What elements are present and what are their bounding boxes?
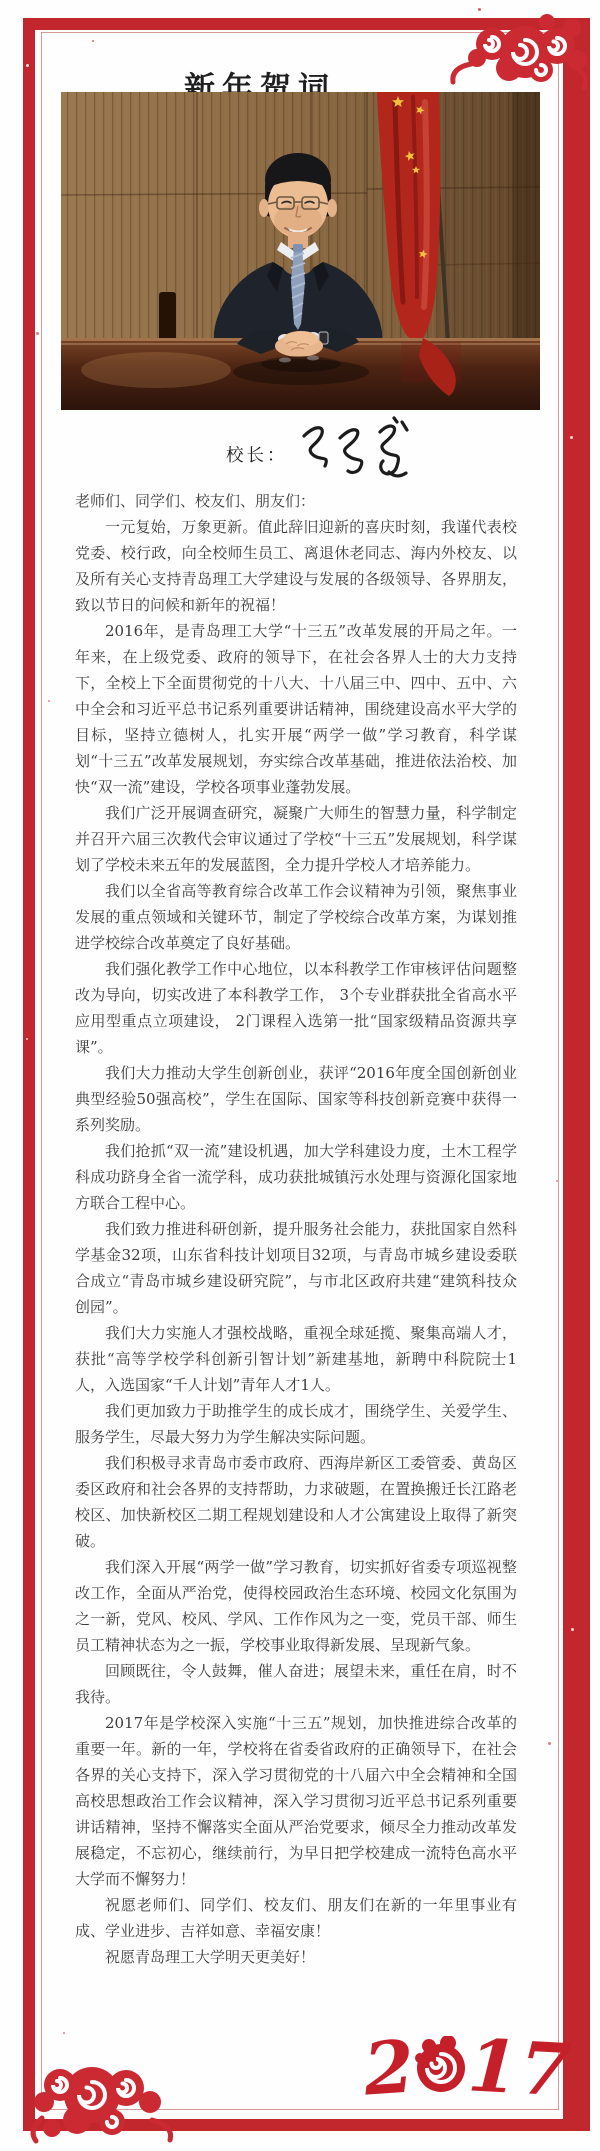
paragraph: 2017年是学校深入实施“十三五”规划，加快推进综合改革的重要一年。新的一年，学…: [75, 1710, 517, 1892]
texture-speck: [570, 436, 573, 439]
texture-speck: [556, 1180, 558, 1182]
president-photo: [61, 92, 540, 410]
greeting-card: 新年贺词: [0, 0, 600, 2151]
paragraph: 回顾既往，令人鼓舞，催人奋进；展望未来，重任在肩，时不我待。: [75, 1658, 517, 1710]
paragraphs-container: 一元复始，万象更新。值此辞旧迎新的喜庆时刻，我谨代表校党委、校行政，向全校师生员…: [75, 514, 517, 1970]
texture-speck: [548, 1742, 551, 1745]
year-2017: 2 17: [364, 2032, 572, 2104]
year-digits-17: 17: [466, 2029, 574, 2106]
year-flower-zero-icon: [415, 2036, 467, 2094]
cloud-ornament-bottom-left-icon: [22, 2040, 187, 2145]
salutation: 老师们、同学们、校友们、朋友们：: [75, 488, 517, 514]
paragraph: 我们抢抓“双一流”建设机遇，加大学科建设力度，土木工程学科成功跻身全省一流学科，…: [75, 1138, 517, 1216]
texture-speck: [26, 64, 29, 67]
texture-speck: [478, 8, 481, 11]
texture-speck: [92, 40, 94, 42]
chair: [159, 292, 176, 344]
signature-autograph-icon: [294, 414, 414, 480]
paragraph: 我们强化教学工作中心地位，以本科教学工作审核评估问题整改为导向，切实改进了本科教…: [75, 956, 517, 1060]
texture-speck: [26, 1038, 28, 1040]
paragraph: 我们广泛开展调查研究，凝聚广大师生的智慧力量，科学制定并召开六届三次教代会审议通…: [75, 800, 517, 878]
paragraph: 我们深入开展“两学一做”学习教育，切实抓好省委专项巡视整改工作，全面从严治党，使…: [75, 1554, 517, 1658]
year-digit-2: 2: [362, 2030, 417, 2105]
paragraph: 我们积极寻求青岛市委市政府、西海岸新区工委管委、黄岛区委区政府和社会各界的支持帮…: [75, 1450, 517, 1554]
paragraph: 我们以全省高等教育综合改革工作会议精神为引领，聚焦事业发展的重点领域和关键环节，…: [75, 878, 517, 956]
cloud-ornament-top-right-icon: [437, 10, 587, 95]
signature-row: 校长：: [226, 414, 414, 480]
greeting-body: 老师们、同学们、校友们、朋友们： 一元复始，万象更新。值此辞旧迎新的喜庆时刻，我…: [75, 488, 517, 1970]
signature-label: 校长：: [226, 442, 288, 467]
frame-right-band: [563, 18, 590, 2131]
frame-left-band: [23, 18, 35, 2131]
paragraph: 一元复始，万象更新。值此辞旧迎新的喜庆时刻，我谨代表校党委、校行政，向全校师生员…: [75, 514, 517, 618]
paragraph: 我们致力推进科研创新，提升服务社会能力，获批国家自然科学基金32项，山东省科技计…: [75, 1216, 517, 1320]
paragraph: 祝愿青岛理工大学明天更美好！: [75, 1944, 517, 1970]
texture-speck: [571, 1628, 574, 1631]
president-photo-scene: [61, 92, 540, 410]
texture-speck: [36, 332, 39, 335]
paragraph: 我们大力推动大学生创新创业，获评“2016年度全国创新创业典型经验50强高校”，…: [75, 1060, 517, 1138]
paragraph: 我们大力实施人才强校战略，重视全球延揽、聚集高端人才，获批“高等学校学科创新引智…: [75, 1320, 517, 1398]
paragraph: 2016年，是青岛理工大学“十三五”改革发展的开局之年。一年来，在上级党委、政府…: [75, 618, 517, 800]
texture-speck: [48, 700, 50, 702]
paragraph: 我们更加致力于助推学生的成长成才，围绕学生、关爱学生、服务学生，尽最大努力为学生…: [75, 1398, 517, 1450]
texture-speck: [63, 2032, 65, 2034]
paragraph: 祝愿老师们、同学们、校友们、朋友们在新的一年里事业有成、学业进步、吉祥如意、幸福…: [75, 1892, 517, 1944]
